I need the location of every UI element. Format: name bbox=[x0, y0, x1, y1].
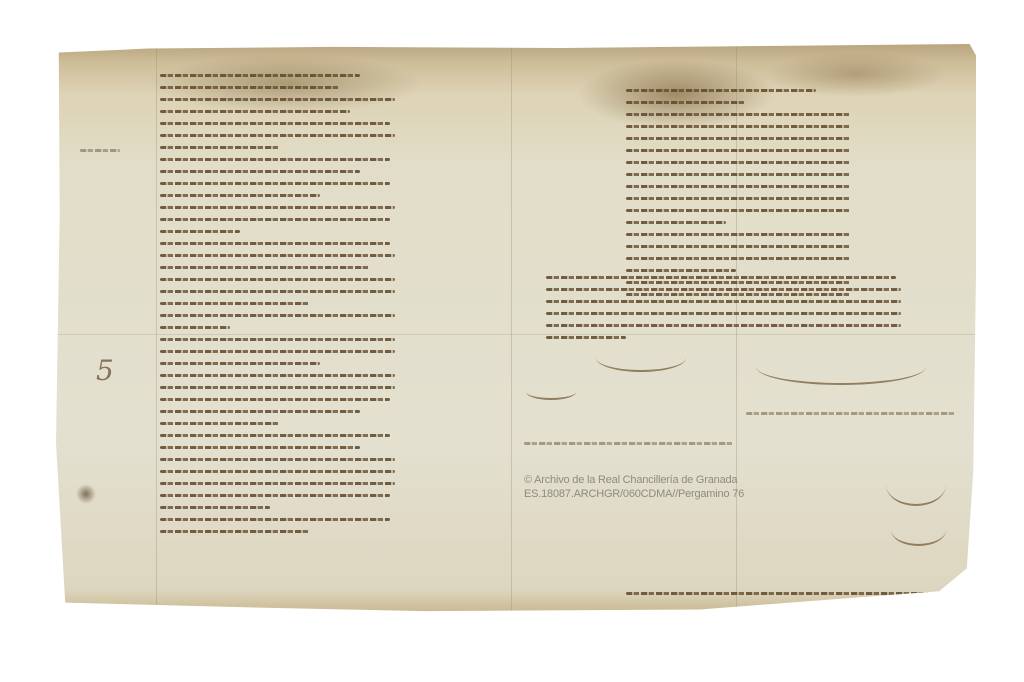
right-text-column bbox=[626, 89, 856, 305]
signature bbox=[526, 384, 576, 400]
left-text-column bbox=[160, 74, 400, 542]
signature bbox=[756, 349, 926, 385]
signature-rubric bbox=[886, 464, 946, 506]
signature-rubric bbox=[891, 514, 946, 546]
closing-paragraph bbox=[546, 276, 906, 348]
watermark-line-2: ES.18087.ARCHGR/060CDMA//Pergamino 76 bbox=[524, 487, 744, 501]
signature bbox=[596, 344, 686, 372]
watermark-line-1: © Archivo de la Real Chancillería de Gra… bbox=[524, 473, 744, 487]
marginal-number: 5 bbox=[96, 354, 114, 387]
signature-note bbox=[746, 412, 966, 424]
copyright-watermark: © Archivo de la Real Chancillería de Gra… bbox=[524, 473, 744, 501]
parchment-document: 5 bbox=[56, 44, 976, 614]
bottom-note bbox=[626, 592, 946, 604]
signature-note bbox=[524, 442, 744, 454]
fold-line bbox=[156, 44, 157, 614]
marginal-note bbox=[80, 149, 140, 161]
fold-line bbox=[511, 44, 512, 614]
